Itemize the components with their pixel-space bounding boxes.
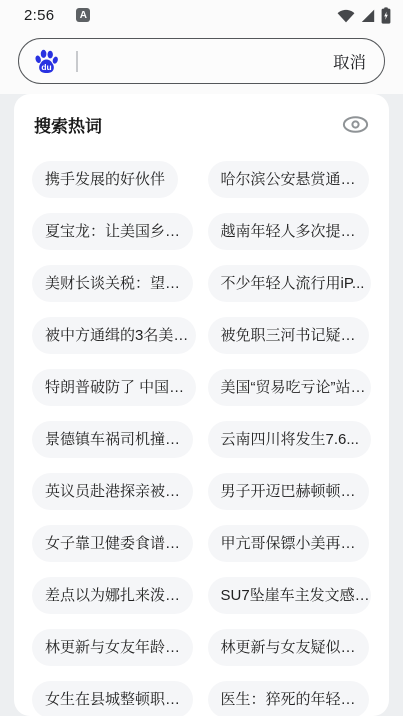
- hot-word-chip[interactable]: 哈尔滨公安悬赏通…: [208, 161, 369, 198]
- hot-word-chip[interactable]: 景德镇车祸司机撞…: [32, 421, 193, 458]
- hot-word-chip[interactable]: 越南年轻人多次提…: [208, 213, 369, 250]
- hot-words-title: 搜索热词: [34, 112, 102, 137]
- hot-word-chip[interactable]: 差点以为娜扎来泼…: [32, 577, 193, 614]
- battery-charging-icon: [381, 7, 391, 24]
- hot-word-chip[interactable]: 美国“贸易吃亏论”站…: [208, 369, 372, 406]
- hot-word-chip[interactable]: 女子靠卫健委食谱…: [32, 525, 193, 562]
- status-time: 2:56: [24, 7, 54, 24]
- hot-word-chip[interactable]: 男子开迈巴赫顿顿…: [208, 473, 369, 510]
- eye-icon: [342, 115, 369, 134]
- baidu-logo-text: du: [41, 62, 51, 72]
- app-header: 2:56 A du: [0, 0, 403, 94]
- status-icons: [337, 7, 391, 24]
- hot-word-chip[interactable]: 携手发展的好伙伴: [32, 161, 178, 198]
- wifi-icon: [337, 8, 355, 23]
- hot-word-chip[interactable]: 英议员赴港探亲被…: [32, 473, 193, 510]
- hot-word-chip[interactable]: 医生：猝死的年轻…: [208, 681, 369, 716]
- hot-word-chip[interactable]: 被免职三河书记疑…: [208, 317, 369, 354]
- baidu-logo-icon: du: [33, 48, 60, 75]
- hot-word-chip[interactable]: 林更新与女友年龄…: [32, 629, 193, 666]
- hot-word-chip[interactable]: 女生在县城整顿职…: [32, 681, 193, 716]
- visibility-toggle-button[interactable]: [342, 115, 369, 134]
- cellular-signal-icon: [361, 8, 375, 23]
- hot-word-chip[interactable]: 美财长谈关税：望…: [32, 265, 193, 302]
- search-bar[interactable]: du 取消: [18, 38, 385, 84]
- hot-word-chip[interactable]: 不少年轻人流行用iP...: [208, 265, 372, 302]
- hot-words-header: 搜索热词: [32, 112, 371, 137]
- search-input[interactable]: [84, 52, 333, 70]
- hot-word-chip[interactable]: 云南四川将发生7.6...: [208, 421, 372, 458]
- search-bar-row: du 取消: [0, 30, 403, 84]
- notification-badge-icon: A: [76, 8, 90, 22]
- status-bar: 2:56 A: [0, 0, 403, 30]
- text-cursor: [76, 51, 78, 72]
- hot-word-chip[interactable]: 甲亢哥保镖小美再…: [208, 525, 369, 562]
- hot-word-chip[interactable]: 林更新与女友疑似…: [208, 629, 369, 666]
- hot-words-grid: 携手发展的好伙伴哈尔滨公安悬赏通…夏宝龙：让美国乡…越南年轻人多次提…美财长谈关…: [32, 161, 371, 716]
- hot-words-card: 搜索热词 携手发展的好伙伴哈尔滨公安悬赏通…夏宝龙：让美国乡…越南年轻人多次提……: [14, 94, 389, 716]
- hot-word-chip[interactable]: 特朗普破防了 中国…: [32, 369, 196, 406]
- hot-word-chip[interactable]: 夏宝龙：让美国乡…: [32, 213, 193, 250]
- hot-word-chip[interactable]: 被中方通缉的3名美…: [32, 317, 196, 354]
- hot-word-chip[interactable]: SU7坠崖车主发文感…: [208, 577, 372, 614]
- cancel-button[interactable]: 取消: [333, 49, 366, 73]
